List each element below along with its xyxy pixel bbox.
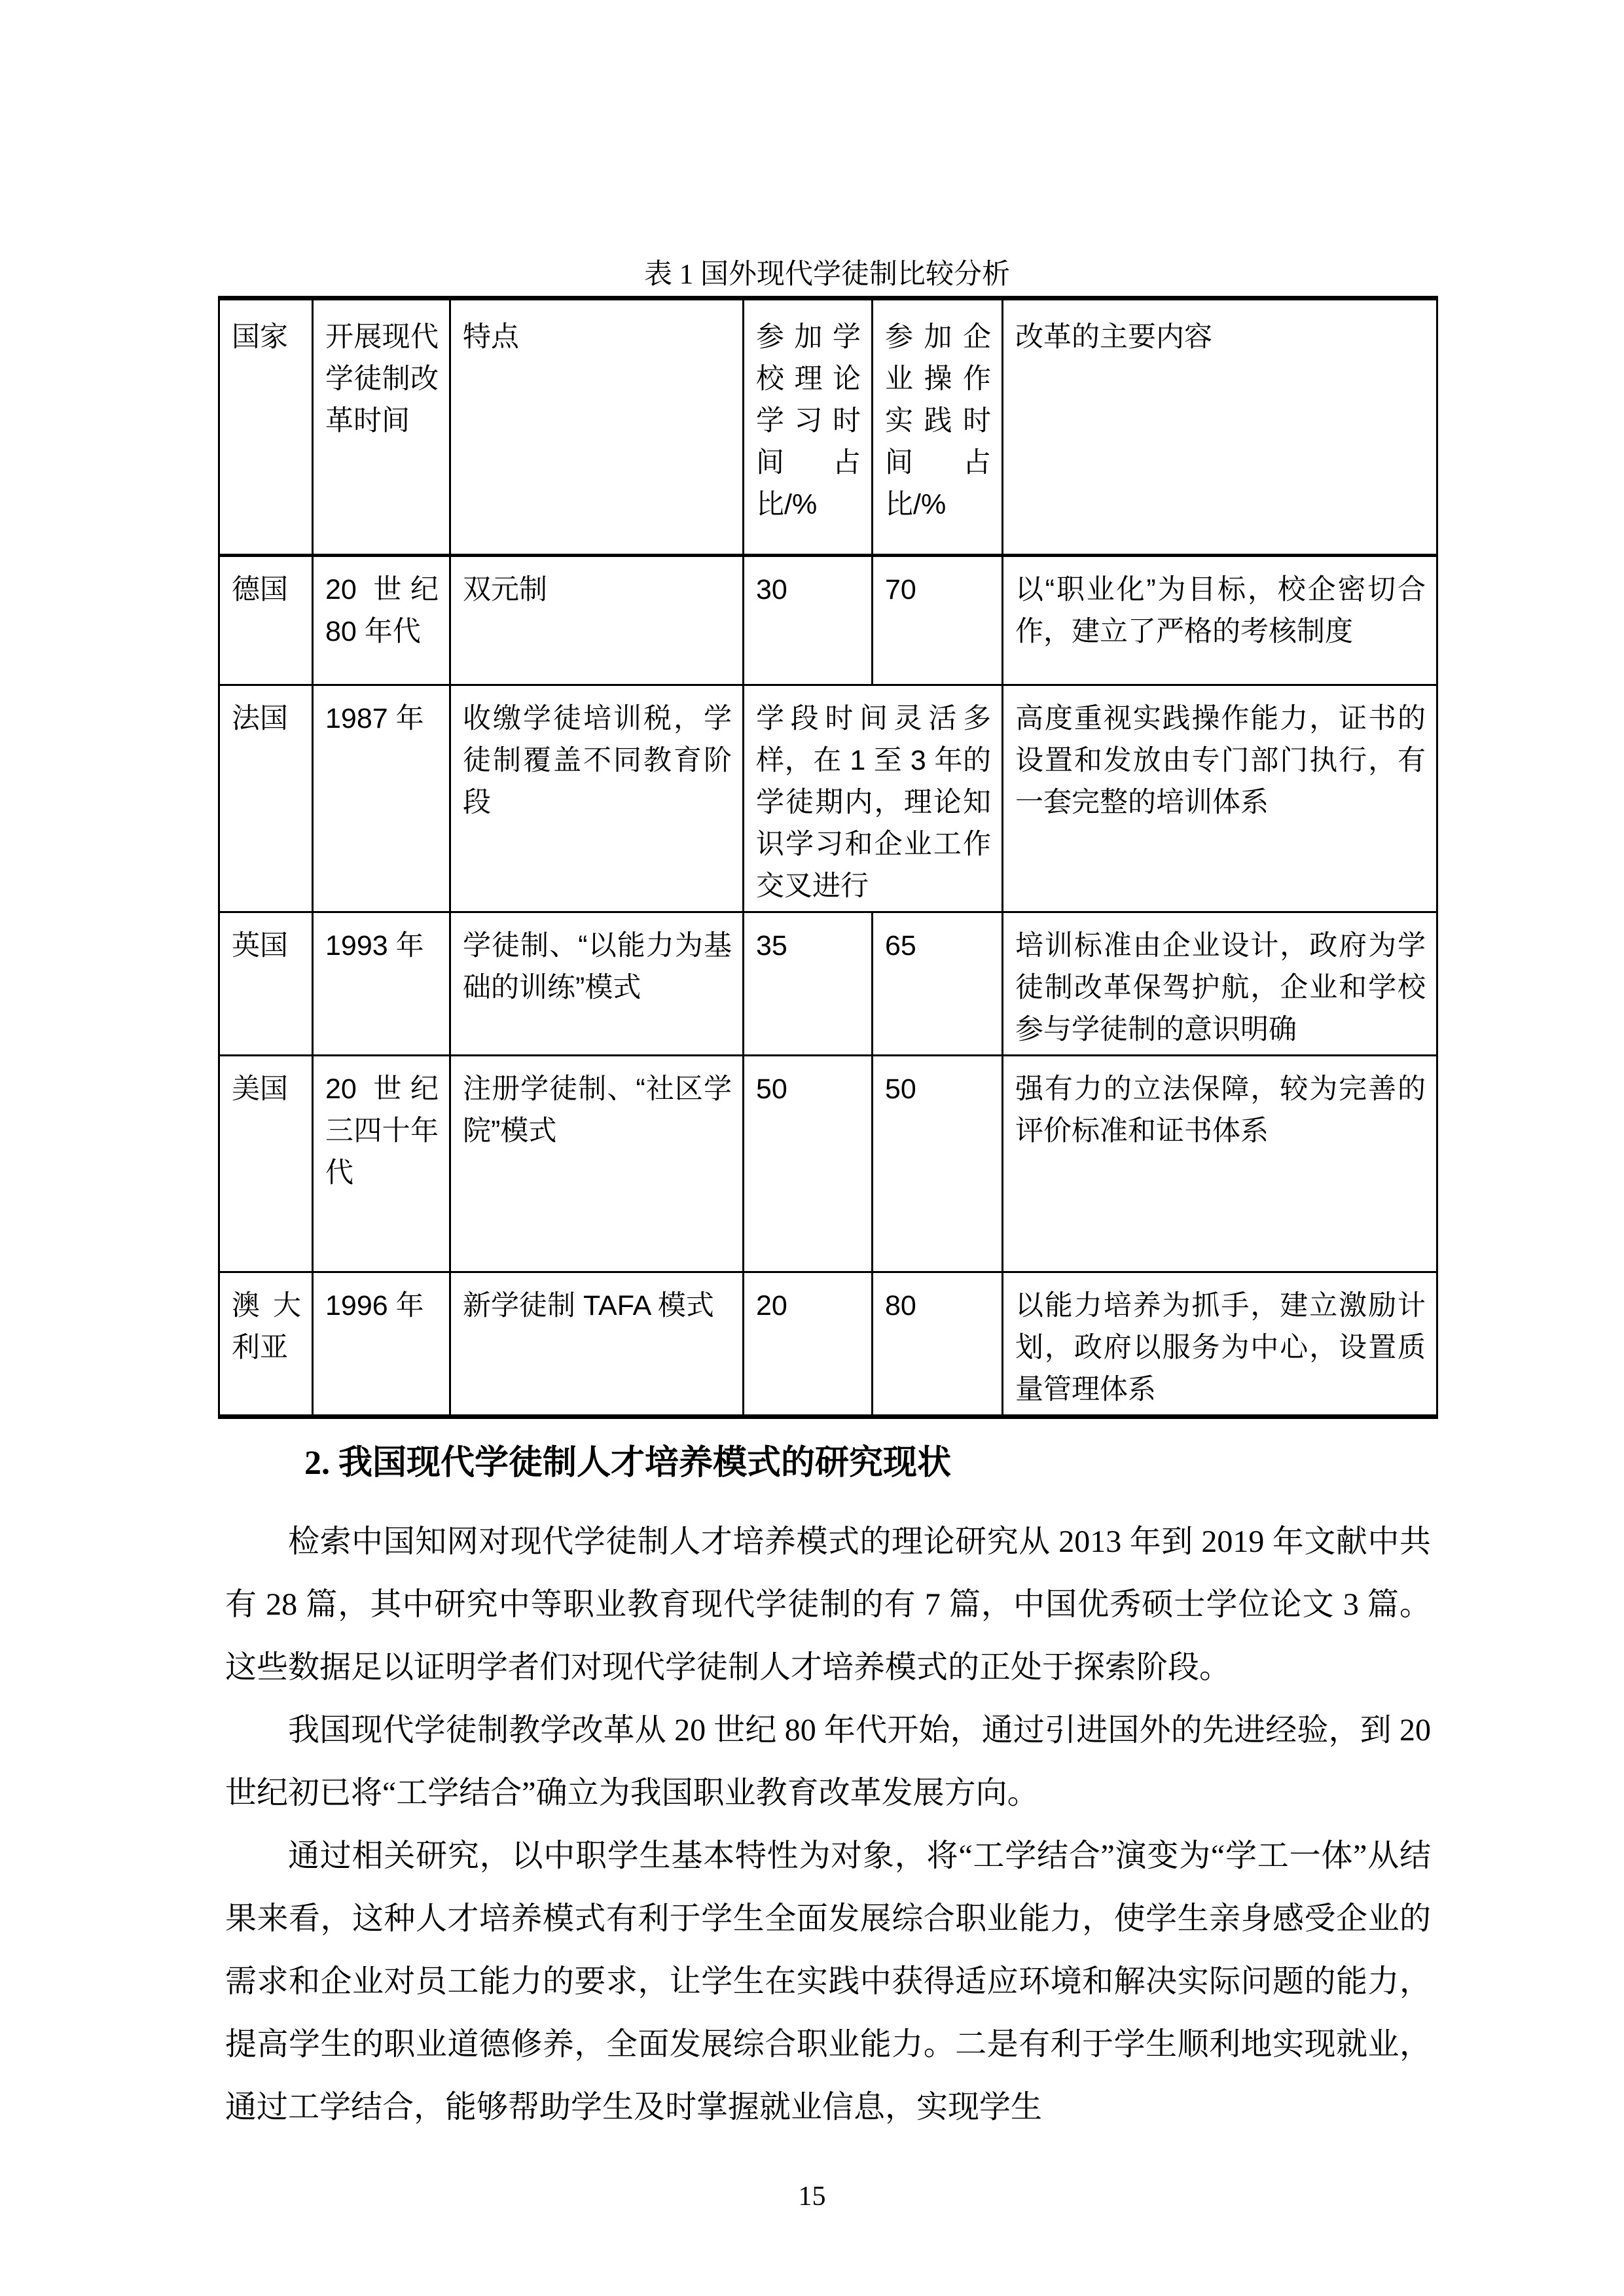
cell-feature: 双元制: [450, 556, 744, 685]
cell-school-percentage: 35: [744, 912, 873, 1056]
header-reform-time: 开展现代学徒制改革时间: [313, 298, 450, 556]
header-enterprise-percentage: 参加企业操作实践时间占比/%: [873, 298, 1003, 556]
cell-feature: 新学徒制 TAFA 模式: [450, 1272, 744, 1417]
cell-country: 德国: [219, 556, 313, 685]
table-row-usa: 美国 20 世纪三四十年代 注册学徒制、“社区学院”模式 50 50 强有力的立…: [219, 1056, 1437, 1272]
cell-enterprise-percentage: 50: [873, 1056, 1003, 1272]
cell-reform-time: 1993 年: [313, 912, 450, 1056]
comparison-table: 国家 开展现代学徒制改革时间 特点 参加学校理论学习时间占比/% 参加企业操作实…: [218, 296, 1438, 1419]
document-page: 表 1 国外现代学徒制比较分析 国家 开展现代学徒制改革时间 特点 参加学校理论…: [0, 0, 1624, 2296]
header-school-percentage: 参加学校理论学习时间占比/%: [744, 298, 873, 556]
cell-school-percentage: 50: [744, 1056, 873, 1272]
table-row-australia: 澳大利亚 1996 年 新学徒制 TAFA 模式 20 80 以能力培养为抓手，…: [219, 1272, 1437, 1417]
cell-country: 美国: [219, 1056, 313, 1272]
section-heading: 2. 我国现代学徒制人才培养模式的研究现状: [304, 1435, 951, 1484]
header-feature: 特点: [450, 298, 744, 556]
cell-feature: 学徒制、“以能力为基础的训练”模式: [450, 912, 744, 1056]
cell-reform-time: 1987 年: [313, 685, 450, 912]
table-header-row: 国家 开展现代学徒制改革时间 特点 参加学校理论学习时间占比/% 参加企业操作实…: [219, 298, 1437, 556]
table-row-germany: 德国 20 世纪 80 年代 双元制 30 70 以“职业化”为目标，校企密切合…: [219, 556, 1437, 685]
cell-reform-content: 强有力的立法保障，较为完善的评价标准和证书体系: [1003, 1056, 1437, 1272]
cell-reform-content: 高度重视实践操作能力，证书的设置和发放由专门部门执行，有一套完整的培训体系: [1003, 685, 1437, 912]
cell-reform-time: 1996 年: [313, 1272, 450, 1417]
page-number: 15: [0, 2181, 1624, 2212]
cell-country: 英国: [219, 912, 313, 1056]
paragraph-3: 通过相关研究，以中职学生基本特性为对象，将“工学结合”演变为“学工一体”从结果来…: [225, 1825, 1431, 2139]
paragraph-2: 我国现代学徒制教学改革从 20 世纪 80 年代开始，通过引进国外的先进经验，到…: [225, 1699, 1431, 1825]
cell-country: 澳大利亚: [219, 1272, 313, 1417]
body-text: 检索中国知网对现代学徒制人才培养模式的理论研究从 2013 年到 2019 年文…: [225, 1511, 1431, 2139]
cell-enterprise-percentage: 65: [873, 912, 1003, 1056]
cell-feature: 收缴学徒培训税，学徒制覆盖不同教育阶段: [450, 685, 744, 912]
table-row-france: 法国 1987 年 收缴学徒培训税，学徒制覆盖不同教育阶段 学段时间灵活多样，在…: [219, 685, 1437, 912]
cell-reform-time: 20 世纪 80 年代: [313, 556, 450, 685]
cell-enterprise-percentage: 70: [873, 556, 1003, 685]
cell-country: 法国: [219, 685, 313, 912]
paragraph-1: 检索中国知网对现代学徒制人才培养模式的理论研究从 2013 年到 2019 年文…: [225, 1511, 1431, 1699]
header-country: 国家: [219, 298, 313, 556]
cell-school-percentage: 30: [744, 556, 873, 685]
cell-reform-time: 20 世纪三四十年代: [313, 1056, 450, 1272]
cell-merged-time-note: 学段时间灵活多样，在 1 至 3 年的学徒期内，理论知识学习和企业工作交叉进行: [744, 685, 1003, 912]
cell-reform-content: 培训标准由企业设计，政府为学徒制改革保驾护航，企业和学校参与学徒制的意识明确: [1003, 912, 1437, 1056]
cell-enterprise-percentage: 80: [873, 1272, 1003, 1417]
cell-feature: 注册学徒制、“社区学院”模式: [450, 1056, 744, 1272]
table-row-uk: 英国 1993 年 学徒制、“以能力为基础的训练”模式 35 65 培训标准由企…: [219, 912, 1437, 1056]
cell-school-percentage: 20: [744, 1272, 873, 1417]
cell-reform-content: 以能力培养为抓手，建立激励计划，政府以服务为中心，设置质量管理体系: [1003, 1272, 1437, 1417]
cell-reform-content: 以“职业化”为目标，校企密切合作，建立了严格的考核制度: [1003, 556, 1437, 685]
header-reform-content: 改革的主要内容: [1003, 298, 1437, 556]
table-caption: 表 1 国外现代学徒制比较分析: [218, 257, 1436, 293]
